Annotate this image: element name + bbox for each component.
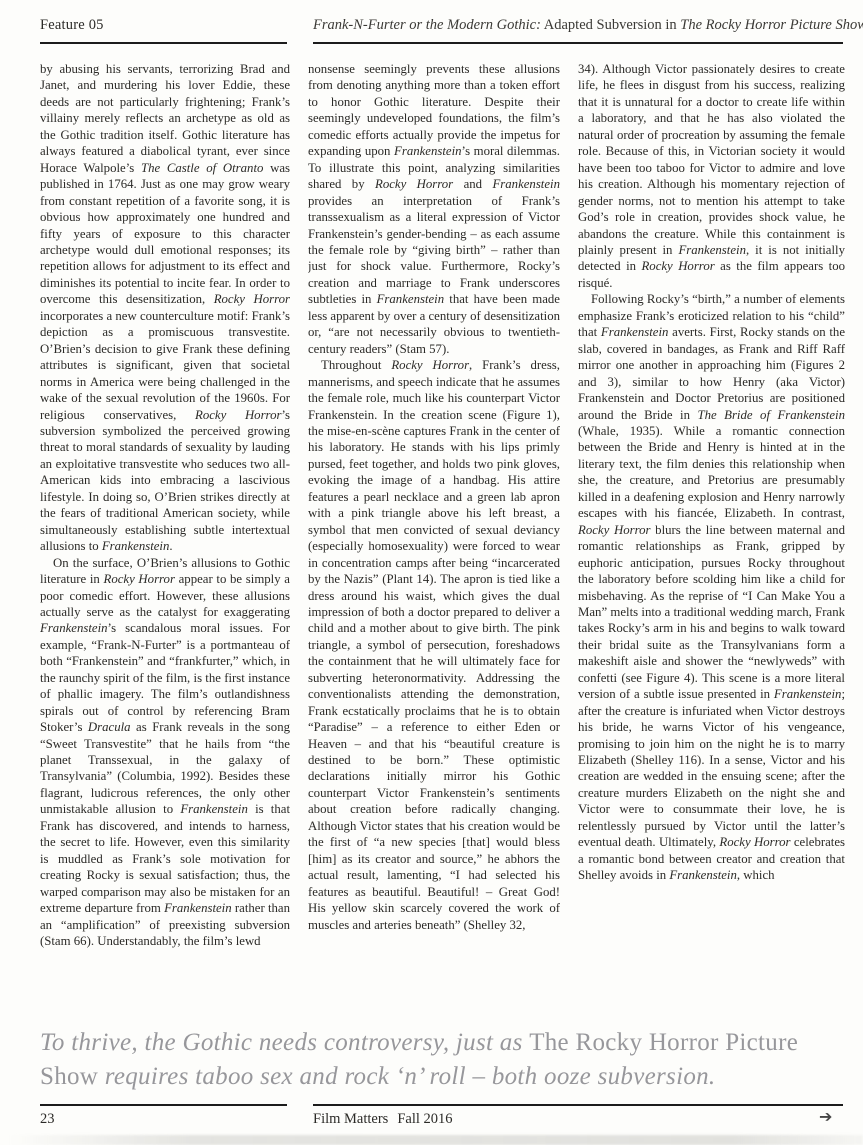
article-column-1: by abusing his servants, terrorizing Bra… bbox=[40, 61, 290, 1015]
page-edge-shadow bbox=[0, 1135, 863, 1145]
header-rule-right bbox=[313, 42, 843, 44]
page-number: 23 bbox=[40, 1111, 55, 1128]
journal-imprint: Film MattersFall 2016 bbox=[313, 1111, 453, 1128]
article-body: by abusing his servants, terrorizing Bra… bbox=[40, 61, 845, 1015]
journal-name: Film Matters bbox=[313, 1111, 388, 1127]
header-rule-left bbox=[40, 42, 287, 44]
feature-label: Feature 05 bbox=[40, 17, 104, 34]
article-column-3: 34). Although Victor passionately desire… bbox=[578, 61, 845, 1015]
footer-rule-left bbox=[40, 1104, 287, 1106]
pull-quote: To thrive, the Gothic needs controversy,… bbox=[40, 1026, 835, 1093]
footer-rule-right bbox=[313, 1104, 843, 1106]
article-running-title: Frank-N-Furter or the Modern Gothic: Ada… bbox=[313, 17, 845, 34]
issue-date: Fall 2016 bbox=[397, 1111, 452, 1127]
article-column-2: nonsense seemingly prevents these allusi… bbox=[308, 61, 560, 1015]
arrow-right-icon: ➔ bbox=[819, 1107, 832, 1127]
journal-page: Feature 05 Frank-N-Furter or the Modern … bbox=[0, 0, 863, 1145]
